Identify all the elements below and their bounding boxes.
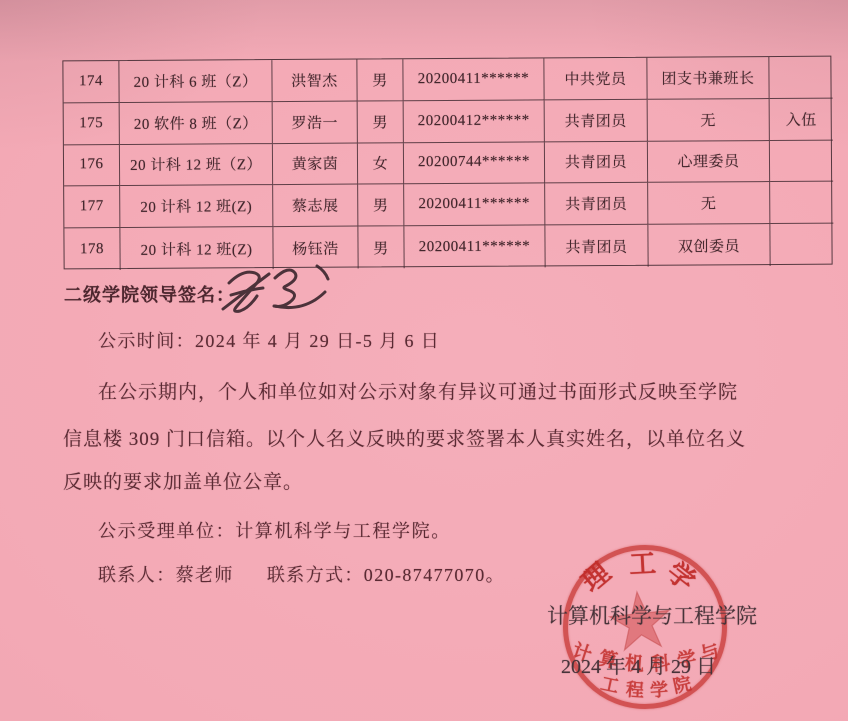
cell-political-status: 共青团员: [545, 141, 648, 183]
cell-no: 176: [64, 145, 120, 187]
contact-person: 联系人：蔡老师: [98, 565, 234, 585]
cell-political-status: 共青团员: [545, 183, 648, 225]
seal-arc-char: 工: [628, 541, 657, 581]
cell-position: 无: [648, 99, 770, 142]
cell-remark: [770, 182, 833, 224]
notice-line-2: 信息楼 309 门口信箱。以个人名义反映的要求签署本人真实姓名，以单位名义: [63, 424, 746, 451]
cell-political-status: 共青团员: [545, 100, 648, 142]
cell-remark: 入伍: [770, 98, 833, 140]
cell-gender: 男: [358, 101, 404, 143]
cell-no: 177: [64, 186, 120, 228]
leader-signature-label: 二级学院领导签名：: [64, 281, 235, 307]
notice-line-1: 在公示期内，个人和单位如对公示对象有异议可通过书面形式反映至学院: [98, 377, 738, 404]
cell-no: 175: [64, 103, 120, 145]
cell-position: 心理委员: [648, 141, 770, 184]
cell-student-id: 20200411******: [403, 58, 544, 101]
cell-no: 178: [64, 228, 120, 270]
accepting-unit-line: 公示受理单位：计算机科学与工程学院。: [98, 517, 451, 543]
cell-gender: 男: [357, 59, 403, 101]
cell-class: 20 软件 8 班（Z）: [120, 102, 273, 145]
cell-class: 20 计科 6 班（Z）: [119, 60, 272, 103]
cell-name: 黄家茵: [273, 143, 358, 185]
cell-student-id: 20200744******: [404, 142, 545, 185]
cell-remark: [770, 224, 833, 266]
cell-class: 20 计科 12 班(Z): [120, 185, 273, 228]
cell-political-status: 共青团员: [545, 225, 648, 267]
cell-remark: [770, 140, 833, 182]
cell-no: 174: [63, 61, 119, 103]
notice-line-3: 反映的要求加盖单位公章。: [63, 467, 303, 494]
cell-position: 团支书兼班长: [647, 57, 769, 100]
cell-gender: 男: [358, 185, 404, 227]
cell-name: 蔡志展: [273, 185, 358, 227]
cell-gender: 男: [358, 226, 404, 268]
contact-line: 联系人：蔡老师联系方式：020-87477070。: [98, 561, 505, 587]
cell-name: 洪智杰: [272, 60, 357, 102]
cell-student-id: 20200412******: [404, 100, 545, 143]
cell-position: 无: [648, 182, 770, 225]
cell-student-id: 20200411******: [404, 226, 545, 269]
seal-inner-char: 程: [625, 675, 645, 702]
cell-student-id: 20200411******: [404, 184, 545, 227]
handwritten-signature: [215, 261, 337, 321]
cell-position: 双创委员: [648, 224, 770, 267]
contact-method: 联系方式：020-87477070。: [267, 565, 505, 585]
document-page: 174 20 计科 6 班（Z） 洪智杰 男 20200411****** 中共…: [0, 0, 848, 721]
footer-org-line: 计算机科学与工程学院: [547, 600, 757, 630]
cell-name: 罗浩一: [273, 101, 358, 143]
footer-date-line: 2024 年 4 月 29 日: [561, 650, 716, 679]
student-table: 174 20 计科 6 班（Z） 洪智杰 男 20200411****** 中共…: [62, 56, 832, 270]
cell-gender: 女: [358, 143, 404, 185]
publicity-time-line: 公示时间：2024 年 4 月 29 日-5 月 6 日: [98, 327, 440, 353]
cell-political-status: 中共党员: [544, 58, 647, 100]
cell-class: 20 计科 12 班（Z）: [120, 144, 273, 187]
seal-inner-char: 学: [649, 675, 669, 702]
cell-remark: [769, 57, 832, 99]
